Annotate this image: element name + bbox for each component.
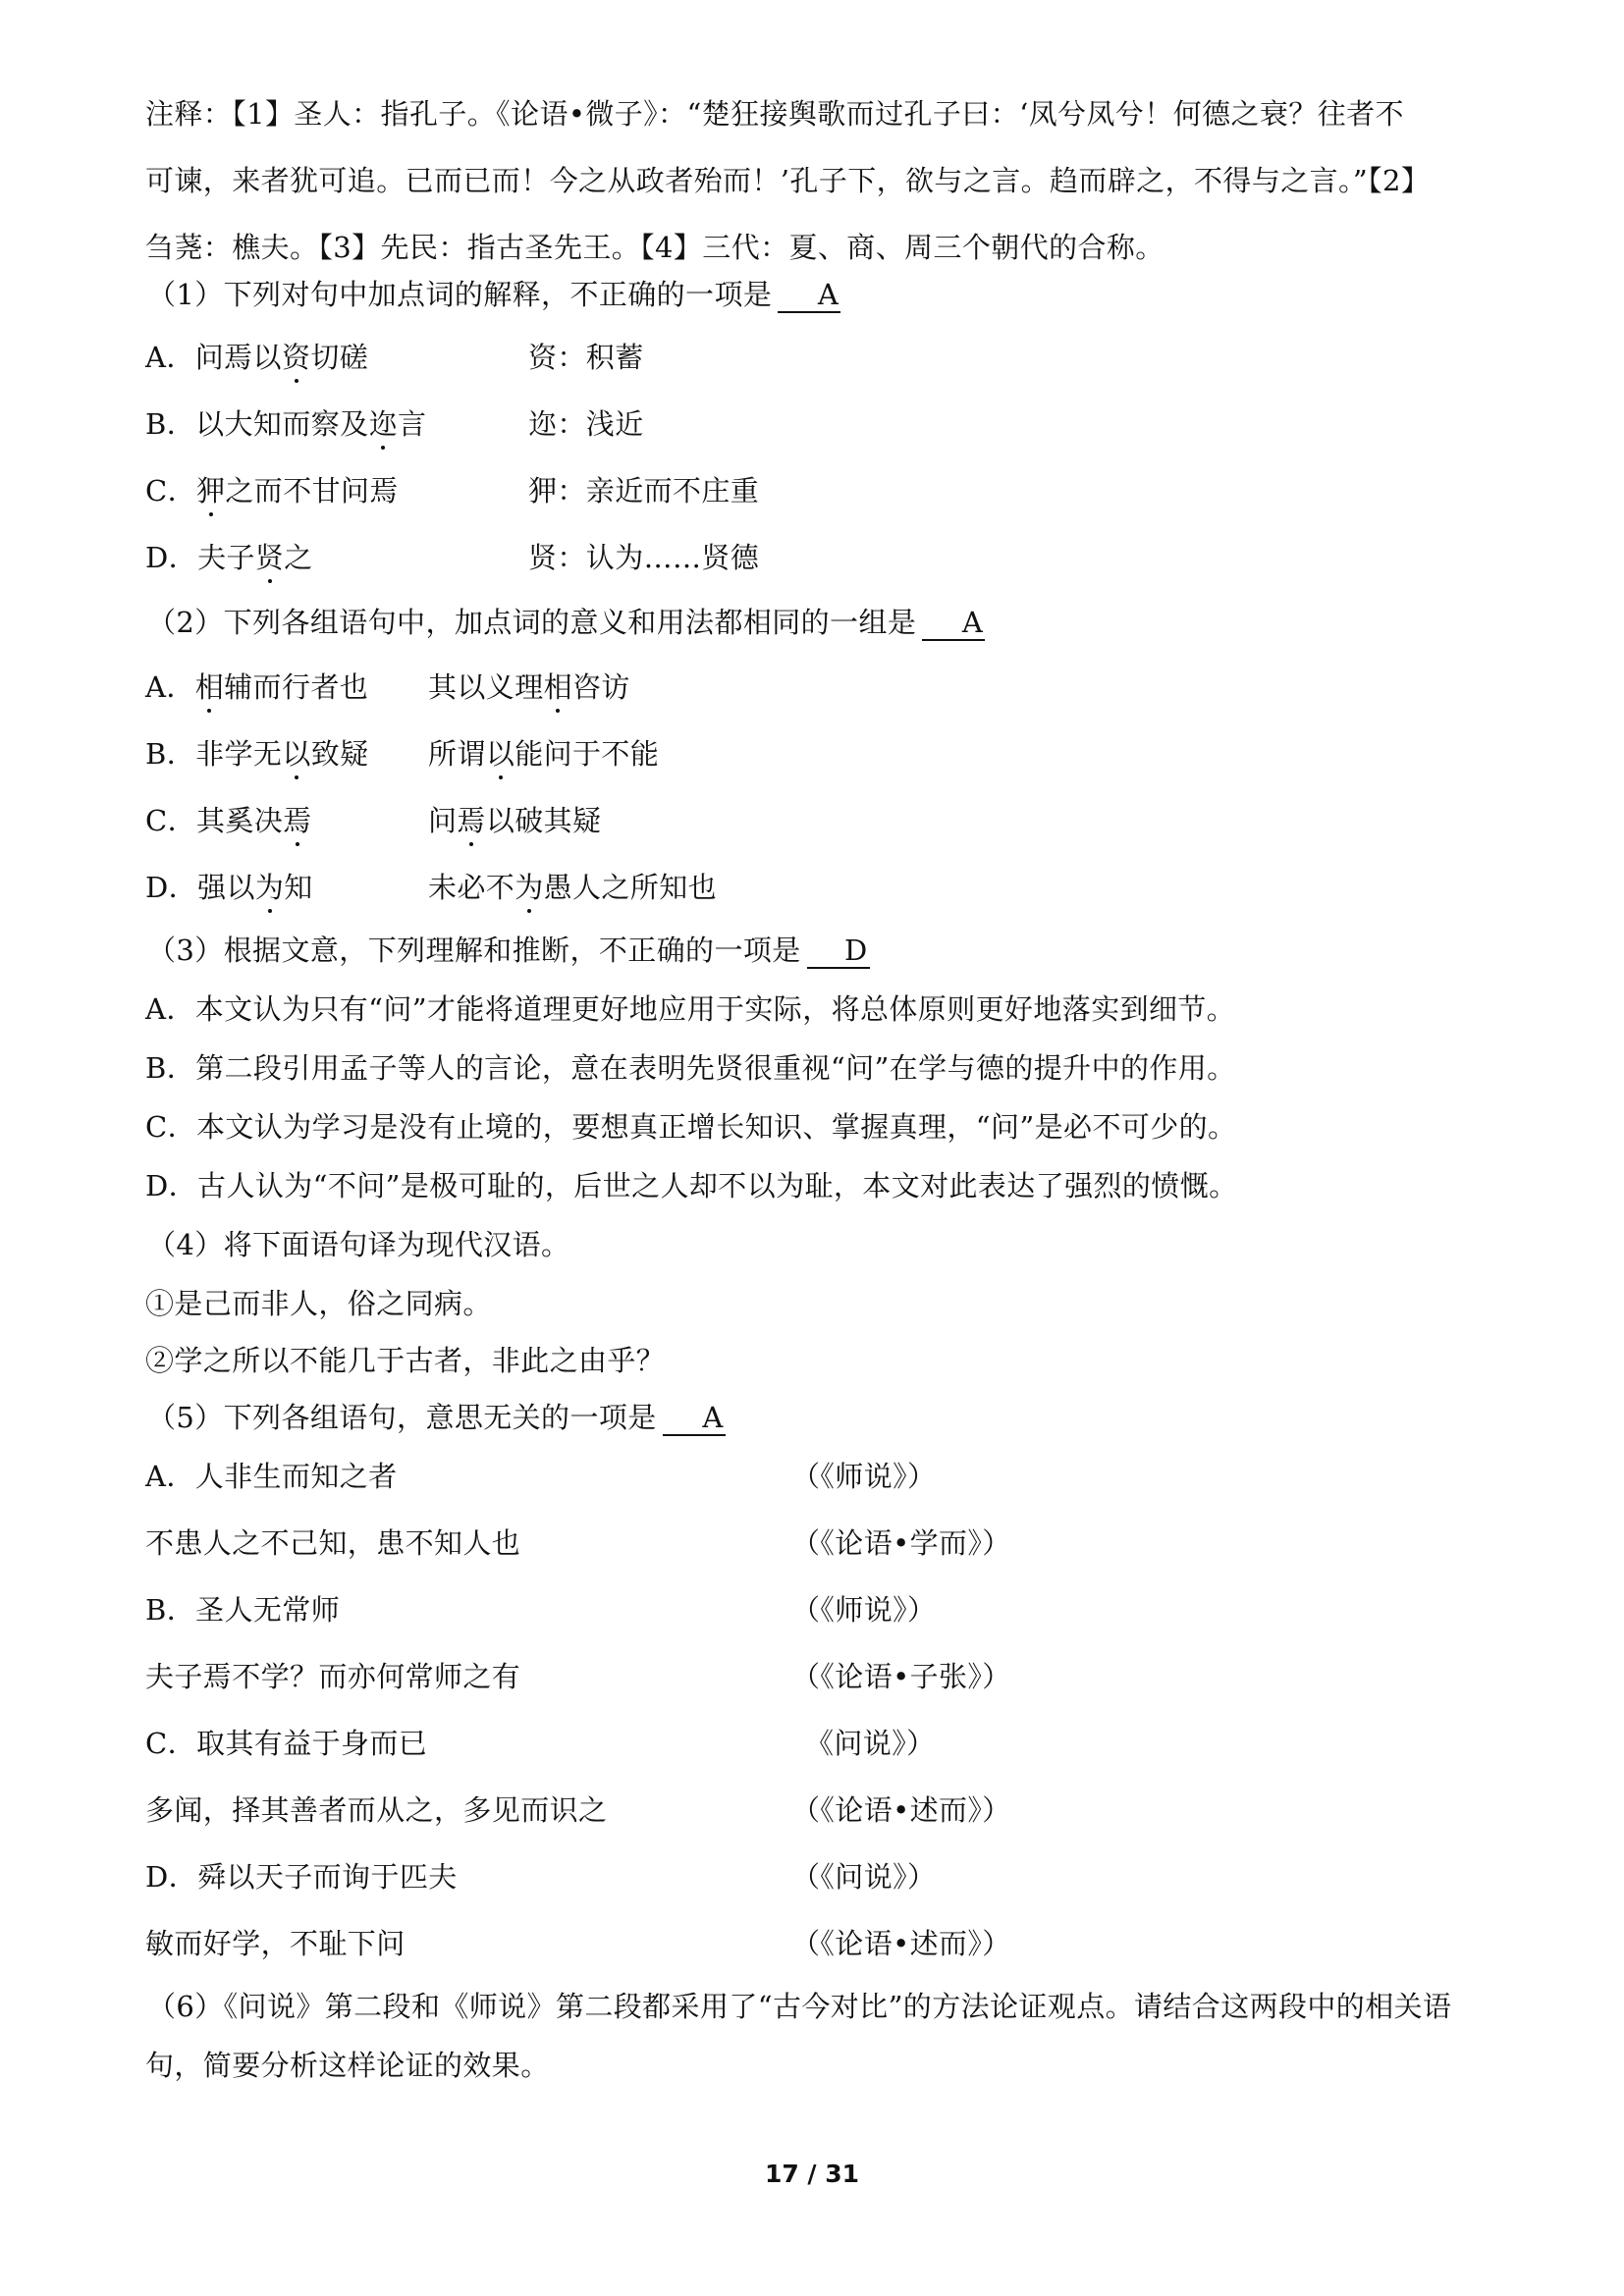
q5-row: 不患人之不己知，患不知人也（《论语•学而》） <box>145 1523 520 1563</box>
quote-source: （《师说》） <box>791 1590 936 1629</box>
option-text: 辅而行者也 <box>224 670 368 704</box>
option-label: D． <box>145 871 197 904</box>
dotted-word: 为 <box>255 871 284 904</box>
question-6-line-1: （6）《问说》第二段和《师说》第二段都采用了“古今对比”的方法论证观点。请结合这… <box>147 1987 1451 2026</box>
dotted-word: 贤 <box>255 541 284 574</box>
quote-text: 多闻，择其善者而从之，多见而识之 <box>145 1793 607 1827</box>
question-1-answer: A <box>778 278 840 313</box>
option-compare: 未必不为愚人之所知也 <box>428 868 717 907</box>
q1-option-a: A．问焉以资切磋 资：积蓄 <box>145 338 368 377</box>
quote-source: （《论语•述而》） <box>791 1790 1011 1830</box>
option-text: 其奚决 <box>196 804 283 837</box>
question-4-stem: （4）将下面语句译为现代汉语。 <box>147 1225 569 1264</box>
option-gloss: 狎：亲近而不庄重 <box>528 471 759 510</box>
option-text: 问焉以 <box>195 341 282 374</box>
dotted-word: 焉 <box>283 804 311 837</box>
option-text: 以破其疑 <box>486 804 602 837</box>
option-text: 言 <box>398 407 426 441</box>
option-text: 其以义理 <box>428 670 544 704</box>
q5-row: D．舜以天子而询于匹夫（《问说》） <box>145 1857 458 1896</box>
quote-text: 不患人之不己知，患不知人也 <box>145 1526 520 1560</box>
option-compare: 所谓以能问于不能 <box>428 734 659 774</box>
q2-option-b: B．非学无以致疑 所谓以能问于不能 <box>145 734 369 774</box>
note-line-1: 注释：【1】圣人：指孔子。《论语•微子》：“楚狂接舆歌而过孔子曰：‘凤兮凤兮！何… <box>145 94 1404 133</box>
option-gloss: 迩：浅近 <box>528 404 644 444</box>
quote-source: （《论语•学而》） <box>791 1523 1011 1563</box>
option-text: 非学无 <box>195 737 282 771</box>
question-5-stem: （5）下列各组语句，意思无关的一项是A <box>147 1398 726 1437</box>
q5-row: B．圣人无常师（《师说》） <box>145 1590 340 1629</box>
question-5-text: （5）下列各组语句，意思无关的一项是 <box>147 1401 657 1434</box>
question-3-answer: D <box>807 934 870 969</box>
question-3-stem: （3）根据文意，下列理解和推断，不正确的一项是D <box>147 931 870 970</box>
quote-source: （《问说》） <box>791 1857 936 1896</box>
question-1-stem: （1）下列对句中加点词的解释，不正确的一项是A <box>147 275 840 314</box>
dotted-word: 焉 <box>457 804 485 837</box>
dotted-word: 相 <box>544 670 572 704</box>
option-label: C． <box>145 474 196 507</box>
quote-text: B．圣人无常师 <box>145 1593 340 1627</box>
option-text: 以大知而察及 <box>195 407 368 441</box>
quote-source: （《论语•子张》） <box>791 1657 1011 1696</box>
option-text: 所谓 <box>428 737 486 771</box>
option-label: D． <box>145 541 197 574</box>
question-3-text: （3）根据文意，下列理解和推断，不正确的一项是 <box>147 934 801 967</box>
option-text: 夫子 <box>197 541 255 574</box>
quote-text: D．舜以天子而询于匹夫 <box>145 1860 458 1894</box>
dotted-word: 相 <box>195 670 224 704</box>
question-5-answer: A <box>663 1401 726 1436</box>
note-line-3: 刍荛：樵夫。【3】先民：指古圣先王。【4】三代：夏、商、周三个朝代的合称。 <box>145 228 1164 267</box>
question-2-text: （2）下列各组语句中，加点词的意义和用法都相同的一组是 <box>147 606 916 639</box>
q5-row: A．人非生而知之者（《师说》） <box>145 1457 398 1496</box>
option-compare: 其以义理相咨访 <box>428 667 630 707</box>
option-gloss: 贤：认为……贤德 <box>528 538 759 577</box>
q3-option-a: A．本文认为只有“问”才能将道理更好地应用于实际，将总体原则更好地落实到细节。 <box>145 989 1235 1029</box>
option-label: B． <box>145 407 195 441</box>
option-text: 能问于不能 <box>514 737 659 771</box>
option-label: A． <box>145 341 195 374</box>
q1-option-d: D．夫子贤之 贤：认为……贤德 <box>145 538 313 577</box>
option-text: 知 <box>284 871 312 904</box>
option-gloss: 资：积蓄 <box>528 338 644 377</box>
q2-option-d: D．强以为知 未必不为愚人之所知也 <box>145 868 313 907</box>
option-text: 问 <box>428 804 457 837</box>
dotted-word: 以 <box>486 737 514 771</box>
quote-text: 敏而好学，不耻下问 <box>145 1927 406 1960</box>
quote-source: 《问说》） <box>805 1724 936 1763</box>
q5-row: C．取其有益于身而已《问说》） <box>145 1724 427 1763</box>
note-line-2: 可谏，来者犹可追。已而已而！今之从政者殆而！’孔子下，欲与之言。趋而辟之，不得与… <box>145 161 1430 200</box>
q4-item-1: ①是己而非人，俗之同病。 <box>145 1284 492 1323</box>
q3-option-c: C．本文认为学习是没有止境的，要想真正增长知识、掌握真理，“问”是必不可少的。 <box>145 1107 1236 1147</box>
dotted-word: 狎 <box>196 474 225 507</box>
quote-source: （《论语•述而》） <box>791 1924 1011 1963</box>
dotted-word: 迩 <box>369 407 398 441</box>
option-text: 愚人之所知也 <box>544 871 717 904</box>
quote-text: A．人非生而知之者 <box>145 1460 398 1493</box>
option-label: C． <box>145 804 196 837</box>
question-1-text: （1）下列对句中加点词的解释，不正确的一项是 <box>147 278 772 311</box>
dotted-word: 为 <box>514 871 543 904</box>
option-text: 致疑 <box>311 737 369 771</box>
option-text: 强以 <box>197 871 255 904</box>
option-text: 之而不甘问焉 <box>225 474 398 507</box>
q3-option-b: B．第二段引用孟子等人的言论，意在表明先贤很重视“问”在学与德的提升中的作用。 <box>145 1048 1236 1088</box>
question-2-stem: （2）下列各组语句中，加点词的意义和用法都相同的一组是A <box>147 603 985 642</box>
option-text: 未必不 <box>428 871 514 904</box>
quote-source: （《师说》） <box>791 1457 936 1496</box>
option-text: 咨访 <box>572 670 630 704</box>
q1-option-b: B．以大知而察及迩言 迩：浅近 <box>145 404 426 444</box>
q3-option-d: D．古人认为“不问”是极可耻的，后世之人却不以为耻，本文对此表达了强烈的愤慨。 <box>145 1166 1238 1205</box>
q4-item-2: ②学之所以不能几于古者，非此之由乎？ <box>145 1341 665 1380</box>
option-label: A． <box>145 670 195 704</box>
option-compare: 问焉以破其疑 <box>428 801 601 840</box>
quote-text: 夫子焉不学？而亦何常师之有 <box>145 1660 520 1693</box>
q2-option-c: C．其奚决焉 问焉以破其疑 <box>145 801 312 840</box>
option-text: 切磋 <box>310 341 368 374</box>
option-text: 之 <box>284 541 312 574</box>
q1-option-c: C．狎之而不甘问焉 狎：亲近而不庄重 <box>145 471 399 510</box>
page-number: 17 / 31 <box>0 2160 1624 2188</box>
dotted-word: 以 <box>282 737 310 771</box>
q5-row: 夫子焉不学？而亦何常师之有（《论语•子张》） <box>145 1657 520 1696</box>
q2-option-a: A．相辅而行者也 其以义理相咨访 <box>145 667 368 707</box>
quote-text: C．取其有益于身而已 <box>145 1727 427 1760</box>
dotted-word: 资 <box>282 341 310 374</box>
question-2-answer: A <box>922 606 985 641</box>
option-label: B． <box>145 737 195 771</box>
q5-row: 敏而好学，不耻下问（《论语•述而》） <box>145 1924 406 1963</box>
question-6-line-2: 句，简要分析这样论证的效果。 <box>145 2046 550 2085</box>
q5-row: 多闻，择其善者而从之，多见而识之（《论语•述而》） <box>145 1790 607 1830</box>
